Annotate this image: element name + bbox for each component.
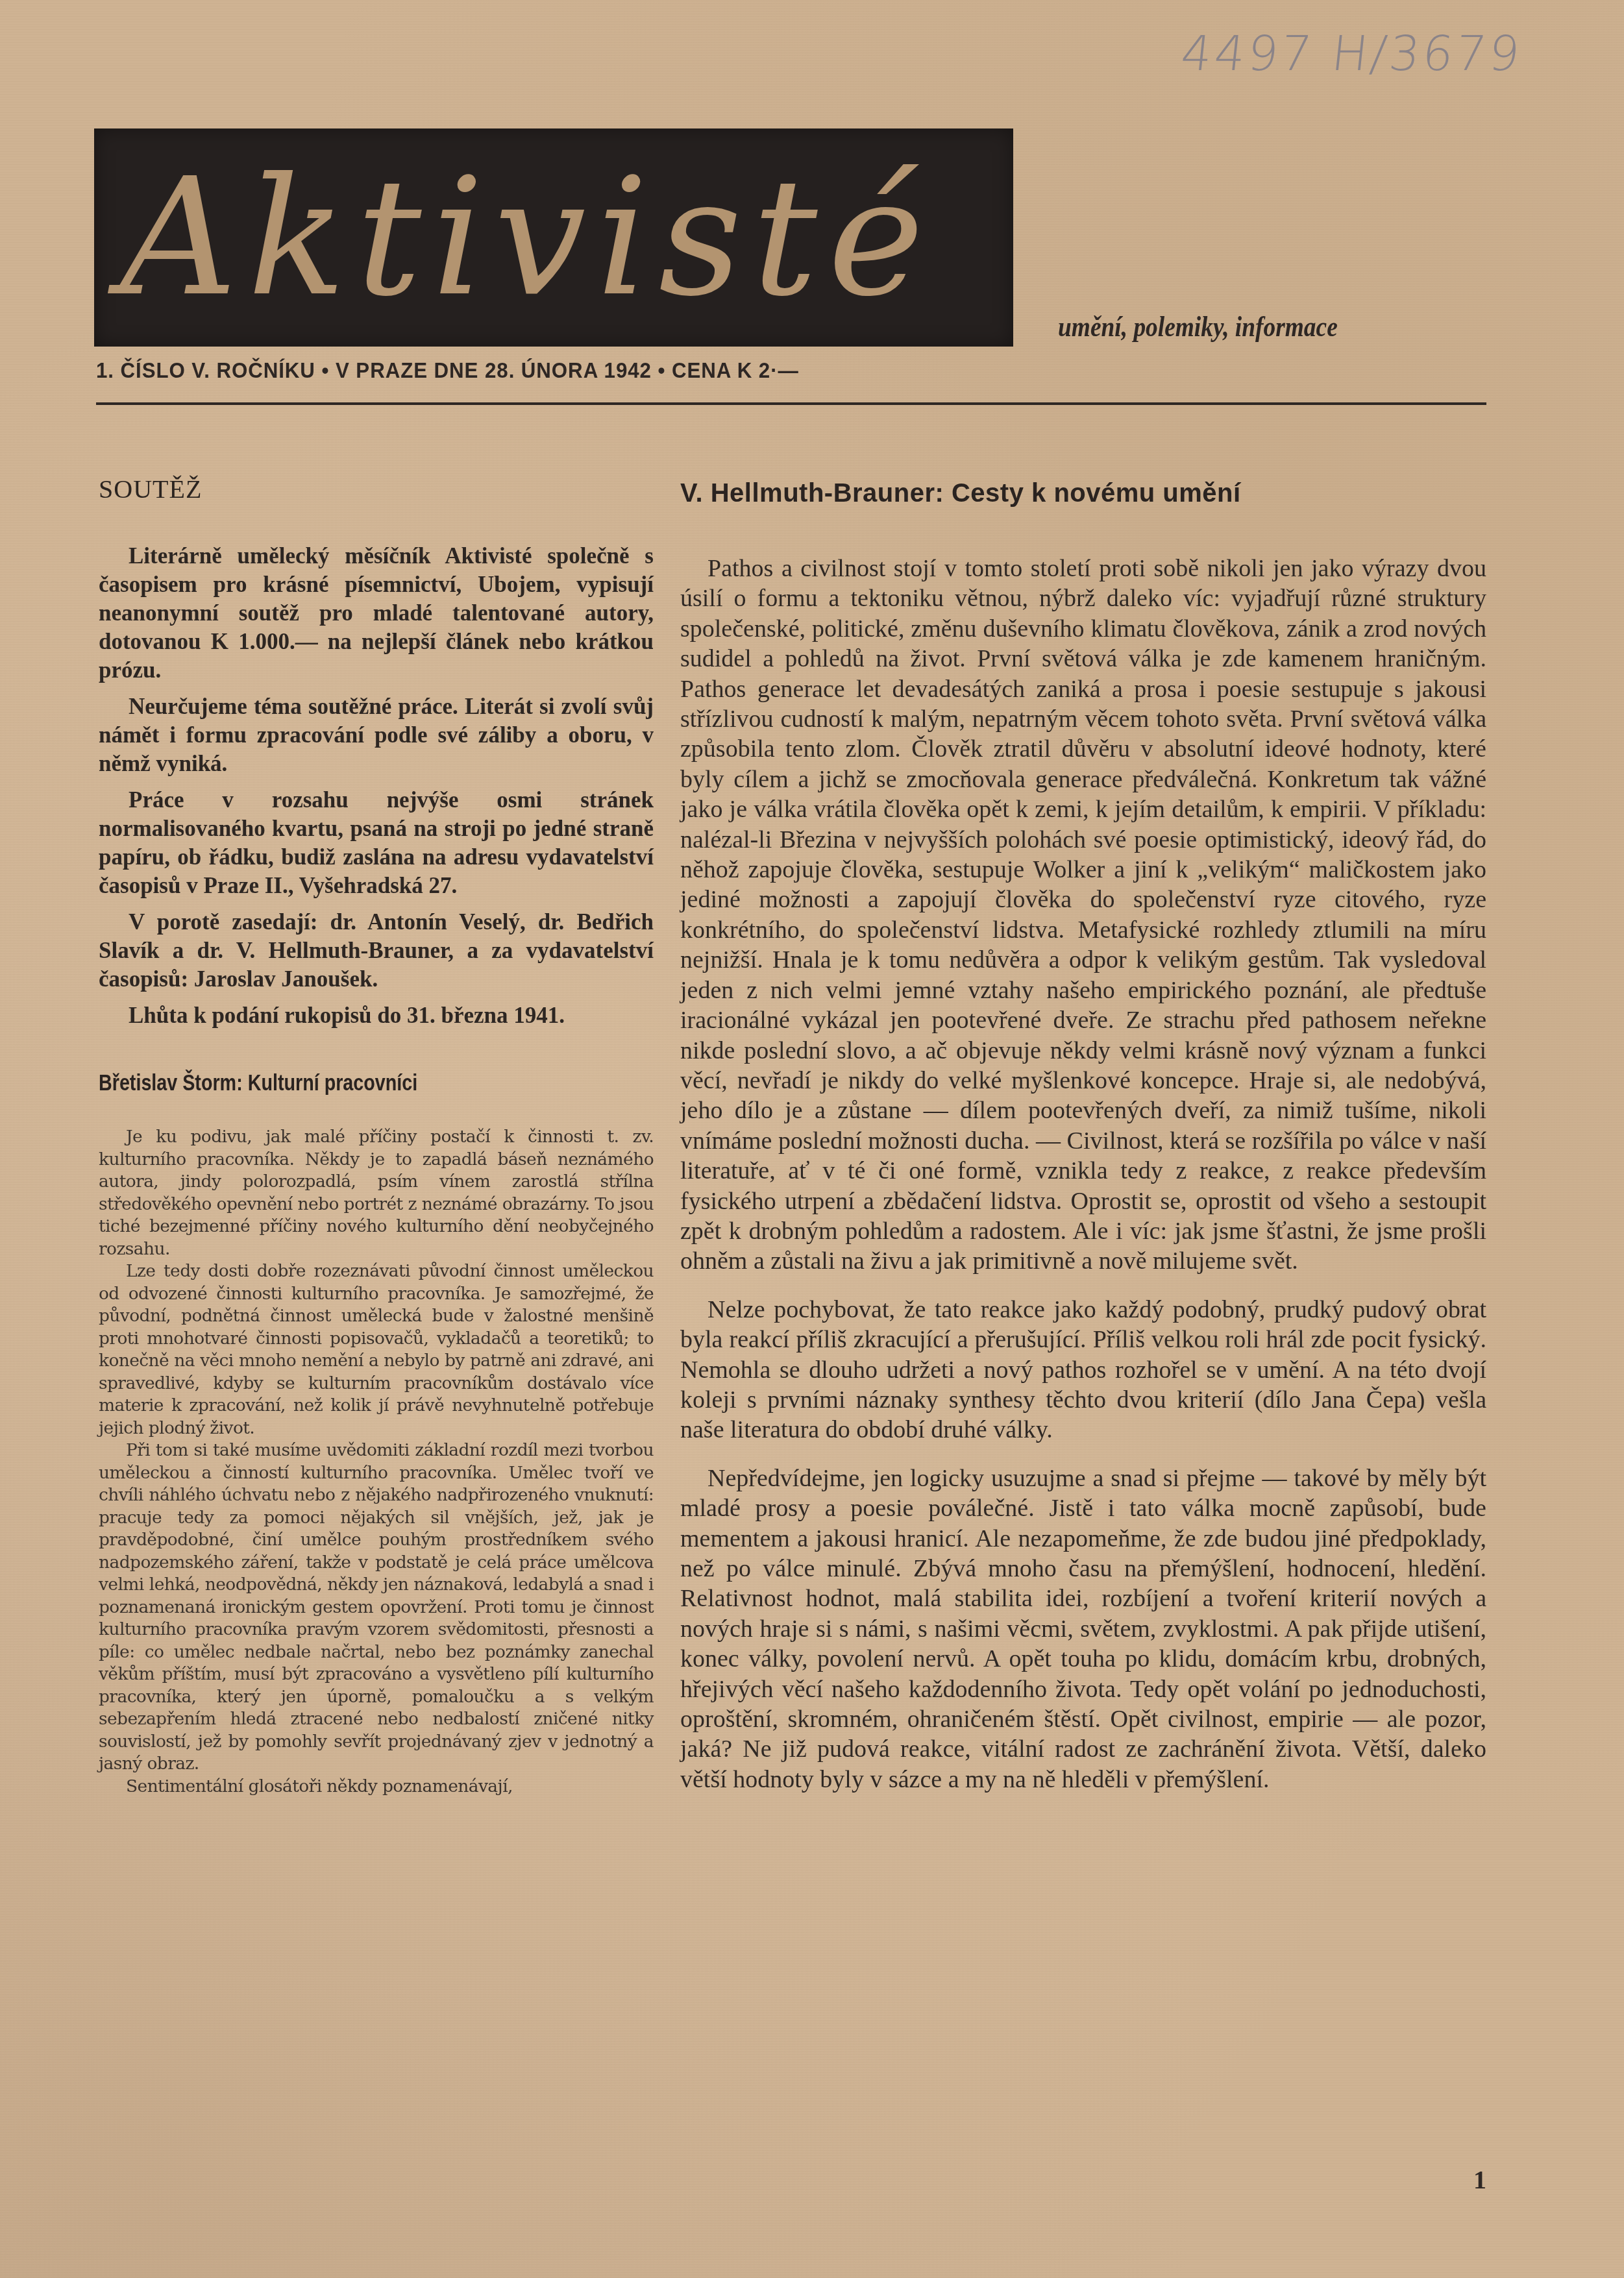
newspaper-page: 4497 H/3679 Aktivisté umění, polemiky, i… [0,0,1624,2278]
publication-title: Aktivisté [120,129,1013,347]
masthead-divider [96,402,1486,405]
contest-paragraph: Lhůta k podání rukopisů do 31. března 19… [99,1001,654,1030]
page-number: 1 [1473,2164,1486,2195]
article-paragraph: Sentimentální glosátoři někdy poznamenáv… [99,1776,654,1798]
contest-paragraph: Literárně umělecký měsíčník Aktivisté sp… [99,542,654,685]
contest-body: Literárně umělecký měsíčník Aktivisté sp… [99,542,654,1030]
masthead-title-block: Aktivisté [94,129,1013,347]
article-paragraph: Lze tedy dosti dobře rozeznávati původní… [99,1260,654,1439]
left-column: SOUTĚŽ Literárně umělecký měsíčník Aktiv… [99,474,654,1798]
right-column: V. Hellmuth-Brauner: Cesty k novému uměn… [680,474,1486,1813]
library-shelfmark: 4497 H/3679 [1178,26,1525,82]
article-paragraph: Nepředvídejme, jen logicky usuzujme a sn… [680,1464,1486,1794]
issue-info: 1. ČÍSLO V. ROČNÍKU • V PRAZE DNE 28. ÚN… [96,358,799,384]
article-paragraph: Je ku podivu, jak malé příčiny postačí k… [99,1126,654,1260]
hellmuth-brauner-article: V. Hellmuth-Brauner: Cesty k novému uměn… [680,479,1486,1794]
contest-paragraph: Neurčujeme téma soutěžné práce. Literát … [99,692,654,778]
storm-article-body: Je ku podivu, jak malé příčiny postačí k… [99,1126,654,1798]
contest-notice: SOUTĚŽ Literárně umělecký měsíčník Aktiv… [99,474,654,1030]
article-paragraph: Pathos a civilnost stojí v tomto století… [680,554,1486,1277]
contest-paragraph: Práce v rozsahu nejvýše osmi stránek nor… [99,786,654,900]
hb-article-body: Pathos a civilnost stojí v tomto století… [680,554,1486,1794]
storm-article: Břetislav Štorm: Kulturní pracovníci Je … [99,1070,654,1798]
article-paragraph: Nelze pochybovat, že tato reakce jako ka… [680,1295,1486,1445]
storm-article-title: Břetislav Štorm: Kulturní pracovníci [99,1070,554,1096]
article-paragraph: Při tom si také musíme uvědomiti základn… [99,1439,654,1776]
publication-tagline: umění, polemiky, informace [1058,310,1338,343]
contest-paragraph: V porotě zasedají: dr. Antonín Veselý, d… [99,908,654,994]
contest-title: SOUTĚŽ [99,474,654,504]
hb-article-title: V. Hellmuth-Brauner: Cesty k novému uměn… [680,479,1486,508]
